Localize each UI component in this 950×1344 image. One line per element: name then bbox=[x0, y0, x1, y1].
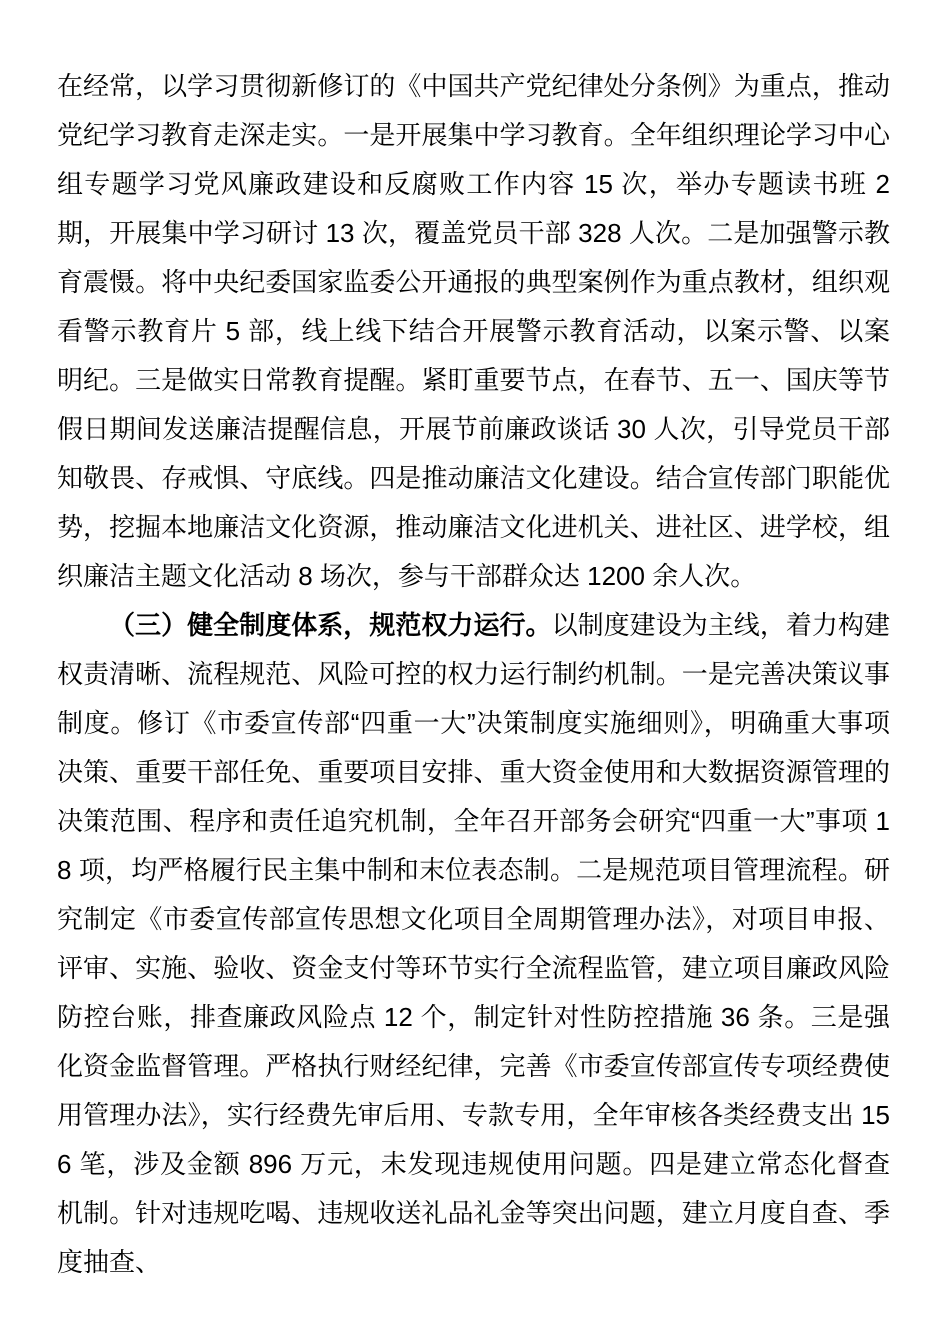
paragraph-section-3: （三）健全制度体系，规范权力运行。以制度建设为主线，着力构建权责清晰、流程规范、… bbox=[57, 601, 890, 1287]
body-text: 在经常，以学习贯彻新修订的《中国共产党纪律处分条例》为重点，推动党纪学习教育走深… bbox=[57, 71, 890, 591]
paragraph-continuation: 在经常，以学习贯彻新修订的《中国共产党纪律处分条例》为重点，推动党纪学习教育走深… bbox=[57, 62, 890, 601]
section-heading: （三）健全制度体系，规范权力运行。 bbox=[109, 610, 552, 640]
body-text: 以制度建设为主线，着力构建权责清晰、流程规范、风险可控的权力运行制约机制。一是完… bbox=[57, 610, 890, 1277]
document-page: 在经常，以学习贯彻新修订的《中国共产党纪律处分条例》为重点，推动党纪学习教育走深… bbox=[0, 0, 950, 1344]
